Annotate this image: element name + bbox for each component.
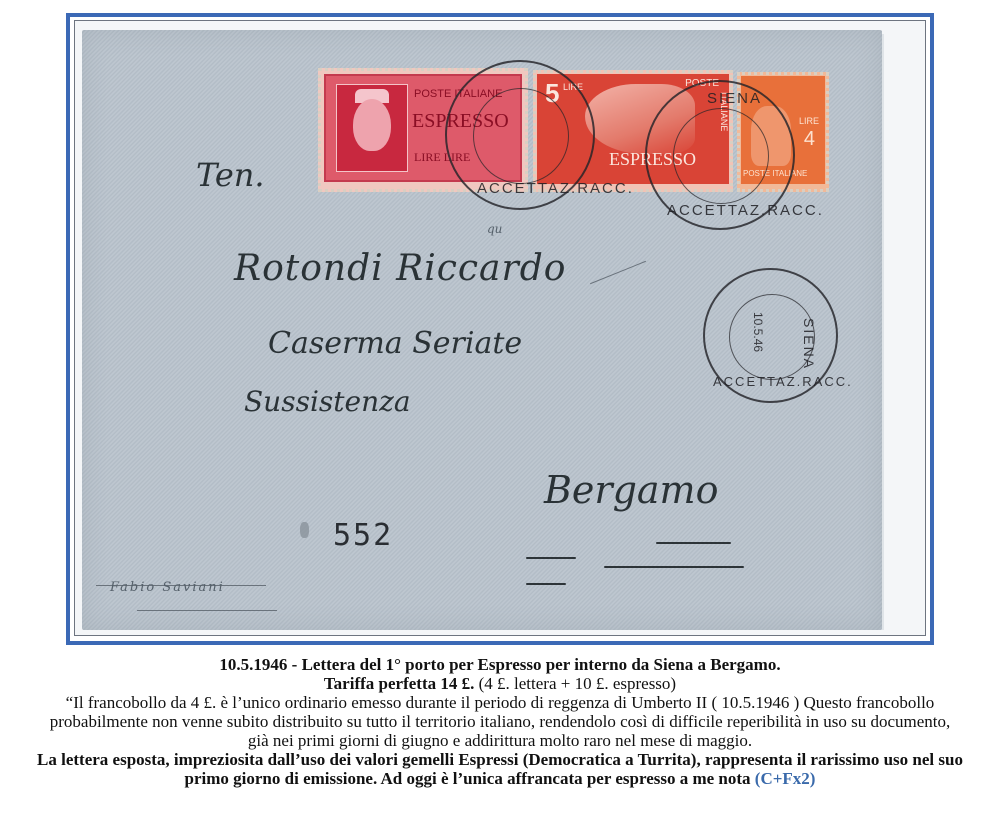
- caption-para1-line2: probabilmente non venne subito distribui…: [0, 712, 1000, 731]
- underline-mark: [604, 566, 744, 568]
- caption-para1-line1: “Il francobollo da 4 £. è l’unico ordina…: [0, 693, 1000, 712]
- underline-mark: [526, 557, 576, 559]
- caption-para2-line2: primo giorno di emissione. Ad oggi è l’u…: [0, 769, 1000, 788]
- pencil-signature: Fabio Saviani: [110, 580, 225, 595]
- caption-tariff-bold: Tariffa perfetta 14 £.: [324, 674, 474, 693]
- caption-para2-text: primo giorno di emissione. Ad oggi è l’u…: [185, 769, 755, 788]
- postmark-city: SIENA: [801, 318, 817, 370]
- caption-para1-line3: già nei primi giorni di giugno e addirit…: [0, 731, 1000, 750]
- underline-mark: [526, 583, 566, 585]
- postmark-city: SIENA: [707, 90, 762, 107]
- caption-tariff-detail: (4 £. lettera + 10 £. espresso): [474, 674, 676, 693]
- address-name: Rotondi Riccardo: [234, 248, 566, 289]
- postmark-siena-1: ACCETTAZ.RACC.: [445, 60, 595, 210]
- caption-title: 10.5.1946 - Lettera del 1° porto per Esp…: [0, 655, 1000, 674]
- postmark-text: ACCETTAZ.RACC.: [713, 374, 853, 389]
- underline-mark: [656, 542, 731, 544]
- postmark-inner-ring: [473, 88, 569, 184]
- postmark-inner-ring: [673, 108, 769, 204]
- caption-para2-line1: La lettera esposta, impreziosita dall’us…: [0, 750, 1000, 769]
- stamp-currency: LIRE: [799, 116, 819, 126]
- postmark-text: ACCETTAZ.RACC.: [477, 180, 634, 197]
- address-line2: Caserma Seriate: [268, 326, 522, 361]
- stamp-value: 4: [804, 128, 815, 151]
- postmark-text: ACCETTAZ.RACC.: [667, 202, 824, 219]
- postmark-date: 10.5.46: [751, 312, 765, 352]
- postmark-siena-2: SIENA ACCETTAZ.RACC.: [645, 80, 795, 230]
- registration-number: 552: [333, 518, 393, 553]
- face-icon: [353, 99, 391, 151]
- postmark-siena-3: SIENA 10.5.46 ACCETTAZ.RACC.: [703, 268, 838, 403]
- pencil-mark: qu: [487, 222, 502, 236]
- address-line3: Sussistenza: [244, 385, 411, 418]
- caption: 10.5.1946 - Lettera del 1° porto per Esp…: [0, 655, 1000, 788]
- turrita-portrait-icon: [336, 84, 408, 172]
- caption-tariff: Tariffa perfetta 14 £. (4 £. lettera + 1…: [0, 674, 1000, 693]
- registration-smudge: [300, 522, 309, 538]
- signature-line: [137, 610, 277, 611]
- address-salutation: Ten.: [196, 156, 265, 194]
- rating-badge: (C+Fx2): [755, 769, 816, 788]
- address-city: Bergamo: [544, 468, 718, 512]
